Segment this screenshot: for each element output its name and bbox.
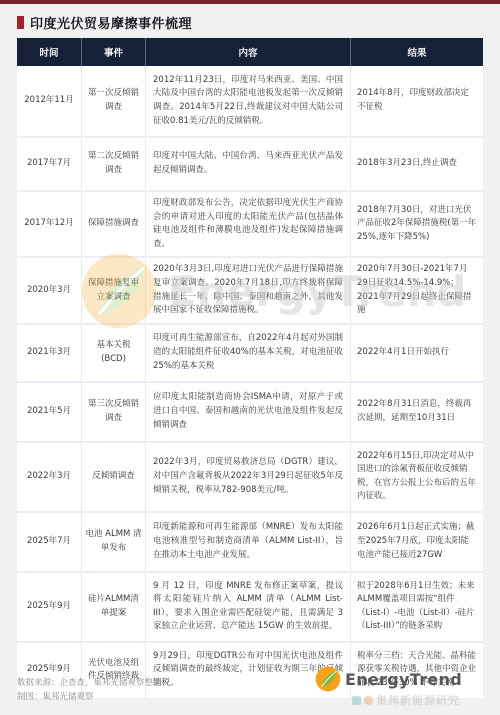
cell-time: 2017年7月 xyxy=(17,138,82,190)
cell-event: 硅片ALMM清单提案 xyxy=(82,573,146,641)
header-result: 结果 xyxy=(351,38,483,66)
cell-result: 2026年6月1日起正式实施；截至2025年7月底，印度太阳能电池产能已接近27… xyxy=(351,513,483,571)
table-row: 2025年9月 硅片ALMM清单提案 9 月 12 日，印度 MNRE 发布修正… xyxy=(17,573,483,643)
cell-event: 第三次反倾销调查 xyxy=(82,383,146,441)
cell-time: 2021年3月 xyxy=(17,325,82,381)
footer-source: 数据来源：企查查，集邦光储观察整理 xyxy=(17,677,162,691)
cell-content: 2012年11月23日，印度对马来西亚、美国、中国大陆及中国台湾的太阳能电池板发… xyxy=(146,66,351,136)
cell-content: 9 月 12 日，印度 MNRE 发布修正案草案，提议将太阳能硅片纳入 ALMM… xyxy=(146,573,351,641)
cell-event: 第二次反倾销调查 xyxy=(82,138,146,190)
page-title: 印度光伏贸易摩擦事件梳理 xyxy=(30,13,192,32)
title-row: 印度光伏贸易摩擦事件梳理 xyxy=(17,13,192,32)
events-table: 时间 事件 内容 结果 2012年11月 第一次反倾销调查 2012年11月23… xyxy=(17,38,483,698)
cell-result: 2018年7月30日，对进口光伏产品征收2年保障措施税(第一年25%,逐年下降5… xyxy=(351,192,483,256)
table-row: 2021年5月 第三次反倾销调查 应印度太阳能制造商协会ISMA申请，对原产于或… xyxy=(17,383,483,443)
cell-time: 2022年3月 xyxy=(17,443,82,511)
cell-content: 印度对中国大陆、中国台湾、马来西亚光伏产品发起反倾销调查。 xyxy=(146,138,351,190)
cell-result: 2018年3月23日,终止调查 xyxy=(351,138,483,190)
cell-time: 2020年3月 xyxy=(17,258,82,322)
footer-source-block: 数据来源：企查查，集邦光储观察整理 制图：集邦光储观察 xyxy=(17,677,162,704)
cell-event: 反倾销调查 xyxy=(82,443,146,511)
table-row: 2021年3月 基本关税(BCD) 印度可再生能源部宣布，自2022年4月起对外… xyxy=(17,325,483,383)
cell-content: 印度财政部发布公告，决定依据印度光伏生产商协会的申请对进入印度的太阳能光伏产品(… xyxy=(146,192,351,256)
cell-content: 印度新能源和可再生能源部（MNRE）发布太阳能电池核准型号和制造商清单（ALMM… xyxy=(146,513,351,571)
title-bullet-icon xyxy=(17,16,24,29)
cell-content: 2020年3月3日,印度对进口光伏产品进行保障措施复审立案调查。2020年7月1… xyxy=(146,258,351,322)
cell-time: 2017年12月 xyxy=(17,192,82,256)
cell-event: 第一次反倾销调查 xyxy=(82,66,146,136)
cell-result: 2014年8月，印度财政部决定不征税 xyxy=(351,66,483,136)
header-time: 时间 xyxy=(17,38,82,66)
table-row: 2017年12月 保障措施调查 印度财政部发布公告，决定依据印度光伏生产商协会的… xyxy=(17,192,483,258)
energytrend-logo: EnergyTrend xyxy=(315,666,462,692)
cell-time: 2021年5月 xyxy=(17,383,82,441)
cell-event: 保障措施复审立案调查 xyxy=(82,258,146,322)
cell-event: 电池 ALMM 清单发布 xyxy=(82,513,146,571)
cell-time: 2012年11月 xyxy=(17,66,82,136)
footer-credit: 制图：集邦光储观察 xyxy=(17,691,162,705)
cell-result: 2022年6月15日,印决定对从中国进口的涂氟背板征收反倾销税，在官方公报上公布… xyxy=(351,443,483,511)
table-row: 2012年11月 第一次反倾销调查 2012年11月23日，印度对马来西亚、美国… xyxy=(17,66,483,138)
brand-name: EnergyTrend xyxy=(345,670,462,689)
table-row: 2025年7月 电池 ALMM 清单发布 印度新能源和可再生能源部（MNRE）发… xyxy=(17,513,483,573)
cell-content: 2022年3月，印度贸易救济总局（DGTR）建议，对中国产含氟背板从2022年3… xyxy=(146,443,351,511)
energytrend-logo-icon xyxy=(315,666,341,692)
cell-event: 保障措施调查 xyxy=(82,192,146,256)
table-row: 2022年3月 反倾销调查 2022年3月，印度贸易救济总局（DGTR）建议，对… xyxy=(17,443,483,513)
cell-result: 2022年4月1日开始执行 xyxy=(351,325,483,381)
cell-event: 基本关税(BCD) xyxy=(82,325,146,381)
table-row: 2017年7月 第二次反倾销调查 印度对中国大陆、中国台湾、马来西亚光伏产品发起… xyxy=(17,138,483,192)
cell-result: 2022年8月31日消息，终裁再次延期，延期至10月31日 xyxy=(351,383,483,441)
table-header-row: 时间 事件 内容 结果 xyxy=(17,38,483,66)
top-accent-bar xyxy=(0,0,500,4)
cell-result: 拟于2028年6月1日生效；未来ALMM覆盖项目需按“组件（List-I）-电池… xyxy=(351,573,483,641)
cell-time: 2025年9月 xyxy=(17,573,82,641)
cell-result: 2020年7月30日-2021年7月29日征收14.5%-14.9%；2021年… xyxy=(351,258,483,322)
cell-content: 应印度太阳能制造商协会ISMA申请，对原产于或进口自中国、泰国和越南的光伏电池及… xyxy=(146,383,351,441)
header-content: 内容 xyxy=(146,38,351,66)
cell-time: 2025年7月 xyxy=(17,513,82,571)
table-row: 2020年3月 保障措施复审立案调查 2020年3月3日,印度对进口光伏产品进行… xyxy=(17,258,483,324)
cell-content: 印度可再生能源部宣布，自2022年4月起对外国制造的太阳能组件征收40%的基本关… xyxy=(146,325,351,381)
header-event: 事件 xyxy=(82,38,146,66)
